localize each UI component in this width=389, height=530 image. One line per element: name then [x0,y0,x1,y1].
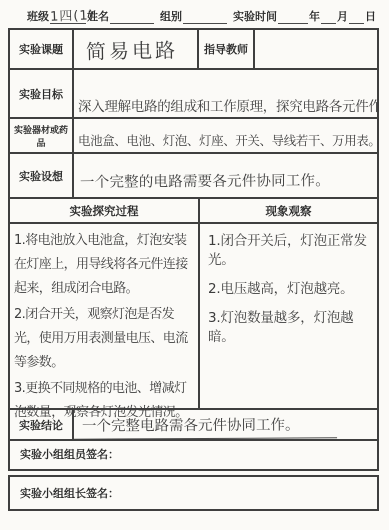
observations-cell: 1.闭合开关后，灯泡正常发光。 2.电压越高，灯泡越亮。 3.灯泡数量越多，灯泡… [200,224,377,408]
teacher-value-cell [255,30,377,68]
row-conclusion: 实验结论 一个完整电路需各元件协同工作。 [10,410,377,439]
leader-signature-label: 实验小组组长签名： [20,485,119,501]
process-step-1: 1.将电池放入电池盒，灯泡安装在灯座上，用导线将各元件连接起来，组成闭合电路。 [14,229,196,301]
year-label: 年 [308,8,321,24]
row-materials: 实验器材或药品 电池盒、电池、灯泡、灯座、开关、导线若干、万用表。 [10,119,377,154]
process-steps-cell: 1.将电池放入电池盒，灯泡安装在灯座上，用导线将各元件连接起来，组成闭合电路。 … [10,224,200,408]
class-blank: 1四(1) [50,8,86,24]
day-label: 日 [364,8,377,24]
row-process-body: 1.将电池放入电池盒，灯泡安装在灯座上，用导线将各元件连接起来，组成闭合电路。 … [10,224,377,410]
hypothesis-value-cell: 一个完整的电路需要各元件协同工作。 [74,154,377,197]
member-signature-box: 实验小组组员签名： [8,439,379,471]
conclusion-handwritten-value: 一个完整电路需各元件协同工作。 [74,413,337,439]
materials-label: 实验器材或药品 [10,119,74,152]
topic-label: 实验课题 [10,30,74,68]
topic-handwritten-value: 简易电路 [74,34,178,65]
process-header-left: 实验探究过程 [10,199,200,222]
row-topic: 实验课题 简易电路 指导教师 [10,30,377,70]
year-blank [321,8,336,24]
teacher-label: 指导教师 [199,30,255,68]
process-step-2: 2.闭合开关，观察灯泡是否发光，使用万用表测量电压、电流等参数。 [14,303,196,375]
materials-value-cell: 电池盒、电池、灯泡、灯座、开关、导线若干、万用表。 [74,119,377,152]
time-label: 实验时间 [232,8,278,24]
member-signature-label: 实验小组组员签名： [20,449,119,461]
materials-handwritten-value: 电池盒、电池、灯泡、灯座、开关、导线若干、万用表。 [78,131,377,149]
time-blank [278,8,308,24]
row-goal: 实验目标 深入理解电路的组成和工作原理，探究电路各元件作用 [10,70,377,119]
observation-3: 3.灯泡数量越多，灯泡越暗。 [208,309,375,347]
row-hypothesis: 实验设想 一个完整的电路需要各元件协同工作。 [10,154,377,199]
topic-value-cell: 简易电路 [74,30,199,68]
report-table: 实验课题 简易电路 指导教师 实验目标 深入理解电路的组成和工作原理，探究电路各… [8,28,379,441]
observation-1: 1.闭合开关后，灯泡正常发光。 [208,232,375,270]
hypothesis-handwritten-value: 一个完整的电路需要各元件协同工作。 [80,169,330,192]
group-blank [183,8,227,24]
goal-label: 实验目标 [10,70,74,117]
observation-2: 2.电压越高，灯泡越亮。 [208,280,375,299]
conclusion-label: 实验结论 [10,410,74,439]
month-label: 月 [336,8,349,24]
leader-signature-box: 实验小组组长签名： [8,475,379,511]
class-handwritten-value: 1四(1) [50,4,95,25]
hypothesis-label: 实验设想 [10,154,74,197]
process-header-right: 现象观察 [200,199,377,222]
month-blank [349,8,364,24]
goal-handwritten-value: 深入理解电路的组成和工作原理，探究电路各元件作用 [78,95,377,115]
lab-report-form: 班级 1四(1) 姓名 组别 实验时间 年 月 日 实验课题 简易电路 指导教师… [0,0,389,530]
form-header-line: 班级 1四(1) 姓名 组别 实验时间 年 月 日 [26,8,383,24]
conclusion-value-cell: 一个完整电路需各元件协同工作。 [74,410,377,439]
class-label: 班级 [26,8,50,24]
group-label: 组别 [159,8,183,24]
goal-value-cell: 深入理解电路的组成和工作原理，探究电路各元件作用 [74,70,377,117]
row-process-header: 实验探究过程 现象观察 [10,199,377,224]
name-blank [110,8,154,24]
